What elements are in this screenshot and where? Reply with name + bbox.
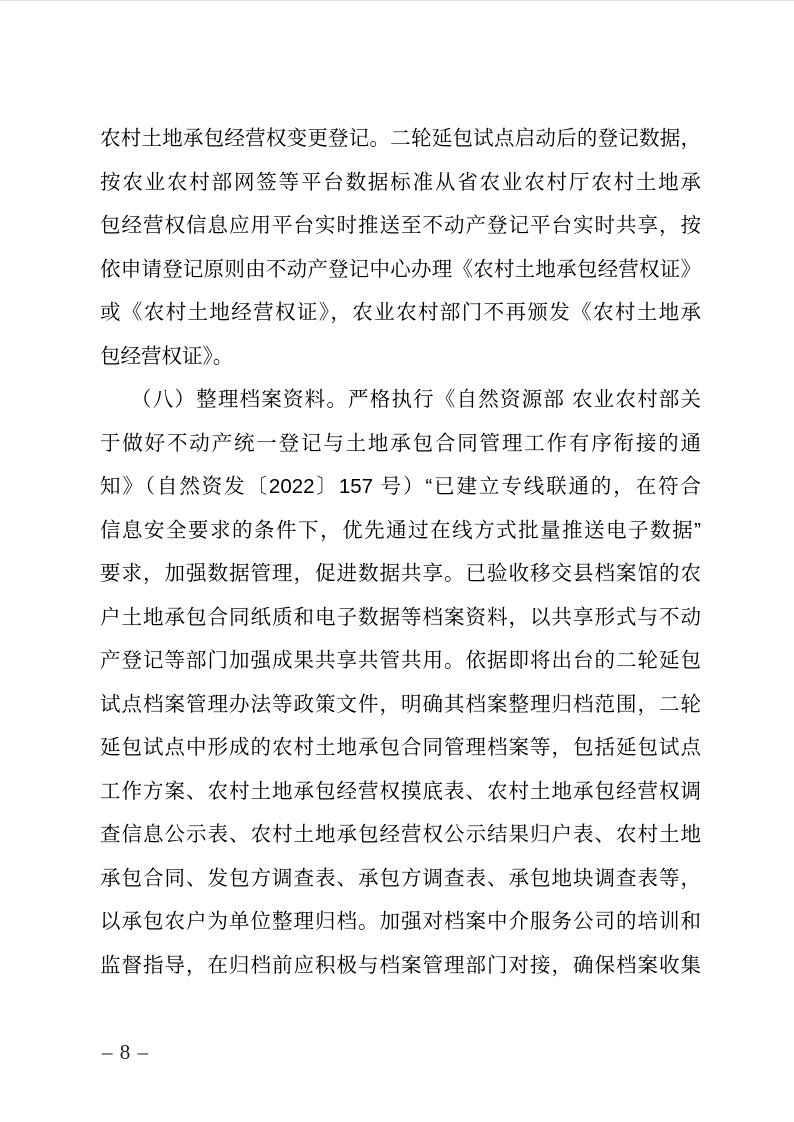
text-line: 农村土地承包经营权变更登记。二轮延包试点启动后的登记数据， [100,117,701,161]
text-line: 包经营权证》。 [100,335,701,379]
text-line: 包经营权信息应用平台实时推送至不动产登记平台实时共享，按 [100,204,701,248]
text-line: 查信息公示表、农村土地承包经营权公示结果归户表、农村土地 [100,813,701,857]
text-line: 于做好不动产统一登记与土地承包合同管理工作有序衔接的通 [100,422,701,466]
document-body: 农村土地承包经营权变更登记。二轮延包试点启动后的登记数据，按农业农村部网签等平台… [100,117,701,987]
page-number: – 8 – [102,1039,149,1065]
text-line: 依申请登记原则由不动产登记中心办理《农村土地承包经营权证》 [100,248,701,292]
text-line: 要求，加强数据管理，促进数据共享。已验收移交县档案馆的农 [100,552,701,596]
text-line: 信息安全要求的条件下，优先通过在线方式批量推送电子数据” [100,509,701,553]
text-line: （八）整理档案资料。严格执行《自然资源部 农业农村部关 [100,378,701,422]
paragraph: （八）整理档案资料。严格执行《自然资源部 农业农村部关于做好不动产统一登记与土地… [100,378,701,987]
text-line: 产登记等部门加强成果共享共管共用。依据即将出台的二轮延包 [100,639,701,683]
text-line: 知》（自然资发〔2022〕157 号）“已建立专线联通的，在符合 [100,465,701,509]
text-line: 延包试点中形成的农村土地承包合同管理档案等，包括延包试点 [100,726,701,770]
text-line: 工作方案、农村土地承包经营权摸底表、农村土地承包经营权调 [100,770,701,814]
text-line: 试点档案管理办法等政策文件，明确其档案整理归档范围，二轮 [100,683,701,727]
text-line: 或《农村土地经营权证》，农业农村部门不再颁发《农村土地承 [100,291,701,335]
document-page: 农村土地承包经营权变更登记。二轮延包试点启动后的登记数据，按农业农村部网签等平台… [0,0,794,1122]
text-line: 监督指导，在归档前应积极与档案管理部门对接，确保档案收集 [100,944,701,988]
paragraph: 农村土地承包经营权变更登记。二轮延包试点启动后的登记数据，按农业农村部网签等平台… [100,117,701,378]
text-line: 按农业农村部网签等平台数据标准从省农业农村厅农村土地承 [100,161,701,205]
text-line: 以承包农户为单位整理归档。加强对档案中介服务公司的培训和 [100,900,701,944]
text-line: 户土地承包合同纸质和电子数据等档案资料，以共享形式与不动 [100,596,701,640]
text-line: 承包合同、发包方调查表、承包方调查表、承包地块调查表等， [100,857,701,901]
